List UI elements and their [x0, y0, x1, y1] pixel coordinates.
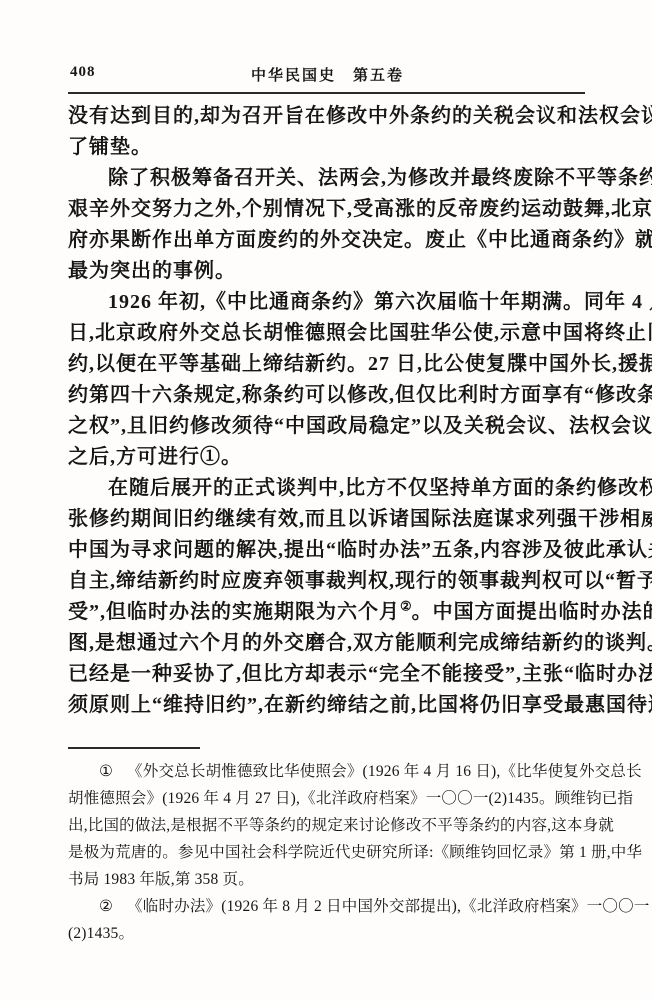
footnote-separator — [68, 747, 200, 749]
running-head: 408 中华民国史 第五卷 — [70, 64, 585, 83]
footnote-line: ②《临时办法》(1926 年 8 月 2 日中国外交部提出),《北洋政府档案》一… — [68, 893, 585, 920]
text-line: 除了积极筹备召开关、法两会,为修改并最终废除不平等条约付出 — [68, 163, 585, 194]
text-segment: 受”,但临时办法的实施期限为六个月 — [68, 601, 400, 623]
footnote-line: 是极为荒唐的。参见中国社会科学院近代史研究所译:《顾维钧回忆录》第 1 册,中华 — [68, 839, 585, 866]
text-line: 须原则上“维持旧约”,在新约缔结之前,比国将仍旧享受最惠国待遇和 — [68, 690, 585, 721]
text-line: 约,以便在平等基础上缔结新约。27 日,比公使复牒中国外长,援据条 — [68, 349, 585, 380]
text-line: 约第四十六条规定,称条约可以修改,但仅比利时方面享有“修改条约 — [68, 380, 585, 411]
book-title: 中华民国史 第五卷 — [70, 64, 585, 85]
book-page: 408 中华民国史 第五卷 没有达到目的,却为召开旨在修改中外条约的关税会议和法… — [0, 0, 652, 1000]
paragraph-2: 除了积极筹备召开关、法两会,为修改并最终废除不平等条约付出 艰辛外交努力之外,个… — [68, 163, 585, 287]
footnote-line: 出,比国的做法,是根据不平等条约的规定来讨论修改不平等条约的内容,这本身就 — [68, 812, 585, 839]
text-line: 中国为寻求问题的解决,提出“临时办法”五条,内容涉及彼此承认关税 — [68, 535, 585, 566]
footnote-line: 书局 1983 年版,第 358 页。 — [68, 866, 585, 893]
text-line: 日,北京政府外交总长胡惟德照会比国驻华公使,示意中国将终止旧 — [68, 318, 585, 349]
text-line: 自主,缔结新约时应废弃领事裁判权,现行的领事裁判权可以“暂予容 — [68, 566, 585, 597]
text-line: 之权”,且旧约修改须待“中国政局稳定”以及关税会议、法权会议结束 — [68, 411, 585, 442]
header-rule — [68, 92, 585, 94]
footnote-2: ②《临时办法》(1926 年 8 月 2 日中国外交部提出),《北洋政府档案》一… — [68, 893, 585, 947]
text-line: 在随后展开的正式谈判中,比方不仅坚持单方面的条约修改权,主 — [68, 473, 585, 504]
footnote-line: (2)1435。 — [68, 920, 585, 947]
footnote-1: ①《外交总长胡惟德致比华使照会》(1926 年 4 月 16 日),《比华使复外… — [68, 758, 585, 893]
footnote-line: ①《外交总长胡惟德致比华使照会》(1926 年 4 月 16 日),《比华使复外… — [68, 758, 585, 785]
footnote-marker-1: ① — [99, 763, 113, 780]
text-line: 没有达到目的,却为召开旨在修改中外条约的关税会议和法权会议作 — [68, 101, 585, 132]
text-line: 图,是想通过六个月的外交磨合,双方能顺利完成缔结新约的谈判。这 — [68, 628, 585, 659]
text-line: 府亦果断作出单方面废约的外交决定。废止《中比通商条约》就是其中 — [68, 225, 585, 256]
paragraph-1: 没有达到目的,却为召开旨在修改中外条约的关税会议和法权会议作 了铺垫。 — [68, 101, 585, 163]
text-line: 张修约期间旧约继续有效,而且以诉诸国际法庭谋求列强干涉相威胁。 — [68, 504, 585, 535]
footnote-text: 《临时办法》(1926 年 8 月 2 日中国外交部提出),《北洋政府档案》一〇… — [127, 898, 649, 915]
body-text: 没有达到目的,却为召开旨在修改中外条约的关税会议和法权会议作 了铺垫。 除了积极… — [68, 101, 585, 721]
footnote-text: 《外交总长胡惟德致比华使照会》(1926 年 4 月 16 日),《比华使复外交… — [127, 763, 642, 780]
footnotes: ①《外交总长胡惟德致比华使照会》(1926 年 4 月 16 日),《比华使复外… — [68, 758, 585, 947]
footnote-marker-2: ② — [99, 898, 113, 915]
paragraph-3: 1926 年初,《中比通商条约》第六次届临十年期满。同年 4 月 16 日,北京… — [68, 287, 585, 473]
text-line: 了铺垫。 — [68, 132, 585, 163]
footnote-line: 胡惟德照会》(1926 年 4 月 27 日),《北洋政府档案》一〇〇一(2)1… — [68, 785, 585, 812]
text-line: 已经是一种妥协了,但比方却表示“完全不能接受”,主张“临时办法”必 — [68, 659, 585, 690]
text-line: 受”,但临时办法的实施期限为六个月②。中国方面提出临时办法的意 — [68, 597, 585, 628]
footnote-ref-2: ② — [400, 598, 412, 613]
text-line: 最为突出的事例。 — [68, 256, 585, 287]
text-line: 1926 年初,《中比通商条约》第六次届临十年期满。同年 4 月 16 — [68, 287, 585, 318]
text-segment: 。中国方面提出临时办法的意 — [412, 601, 652, 623]
paragraph-4: 在随后展开的正式谈判中,比方不仅坚持单方面的条约修改权,主 张修约期间旧约继续有… — [68, 473, 585, 721]
text-line-with-footnote-ref-1: 之后,方可进行①。 — [68, 442, 585, 473]
text-line: 艰辛外交努力之外,个别情况下,受高涨的反帝废约运动鼓舞,北京政 — [68, 194, 585, 225]
